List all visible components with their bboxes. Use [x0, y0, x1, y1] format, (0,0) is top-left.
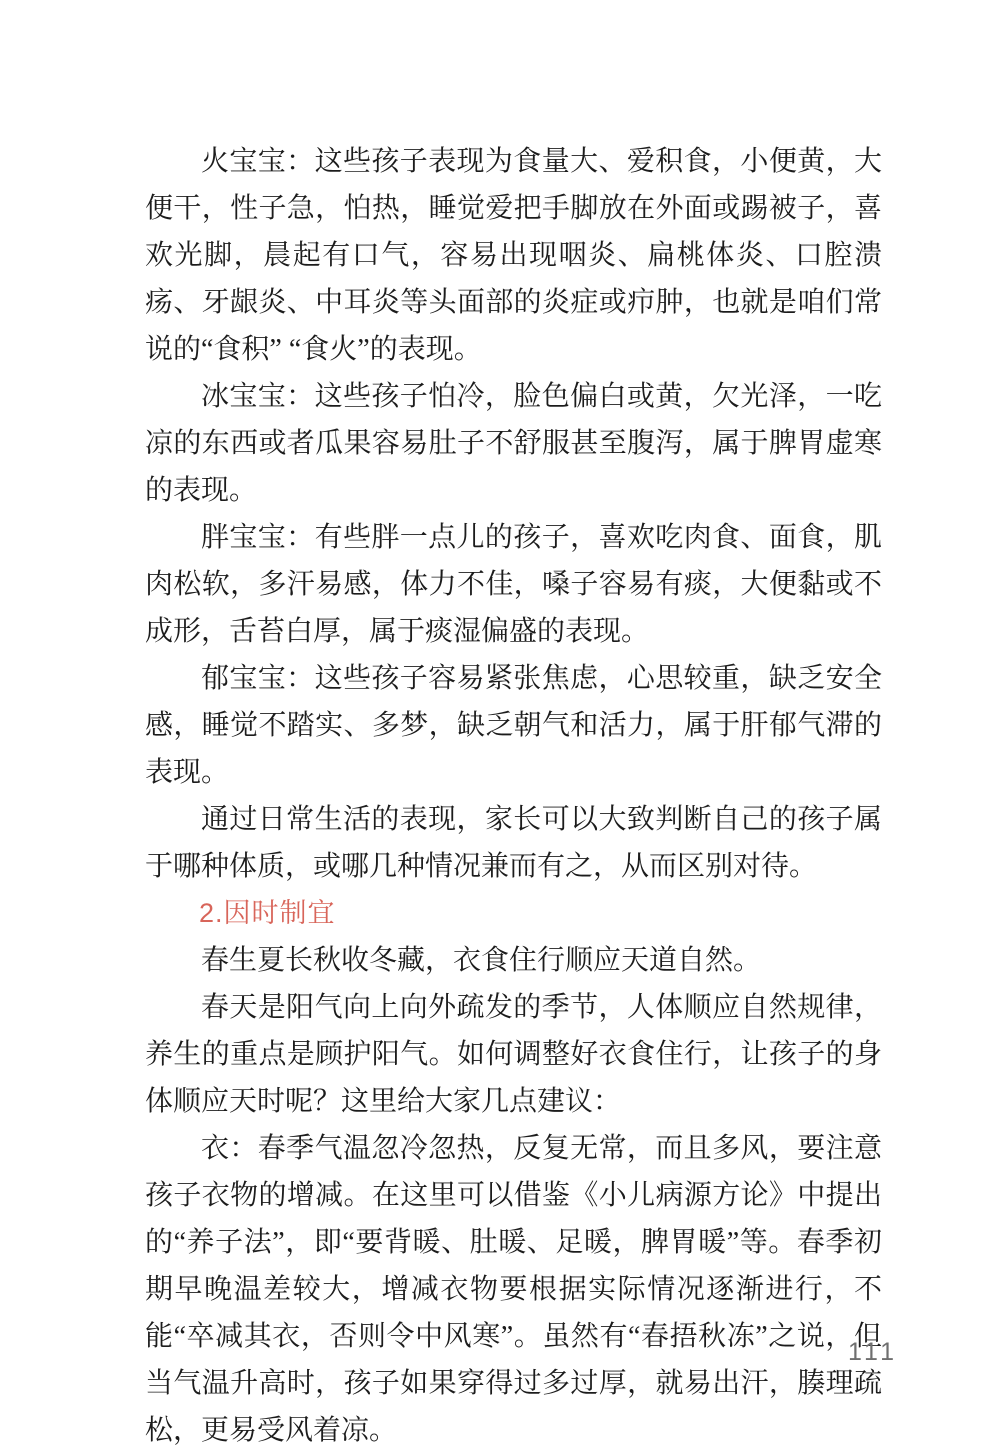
paragraph-ice-baby: 冰宝宝：这些孩子怕冷，脸色偏白或黄，欠光泽，一吃凉的东西或者瓜果容易肚子不舒服甚…: [145, 373, 882, 514]
page-number: 111: [838, 1338, 908, 1367]
paragraph-fire-baby: 火宝宝：这些孩子表现为食量大、爱积食，小便黄，大便干，性子急，怕热，睡觉爱把手脚…: [145, 138, 882, 373]
paragraph-clothing-advice: 衣：春季气温忽冷忽热，反复无常，而且多风，要注意孩子衣物的增减。在这里可以借鉴《…: [145, 1125, 882, 1450]
paragraph-summary: 通过日常生活的表现，家长可以大致判断自己的孩子属于哪种体质，或哪几种情况兼而有之…: [145, 796, 882, 890]
paragraph-seasons-intro: 春生夏长秋收冬藏，衣食住行顺应天道自然。: [145, 937, 882, 984]
body-text: 火宝宝：这些孩子表现为食量大、爱积食，小便黄，大便干，性子急，怕热，睡觉爱把手脚…: [145, 138, 882, 1450]
book-page: 火宝宝：这些孩子表现为食量大、爱积食，小便黄，大便干，性子急，怕热，睡觉爱把手脚…: [0, 0, 1000, 1450]
paragraph-spring-yang: 春天是阳气向上向外疏发的季节，人体顺应自然规律，养生的重点是顾护阳气。如何调整好…: [145, 984, 882, 1125]
paragraph-gloomy-baby: 郁宝宝：这些孩子容易紧张焦虑，心思较重，缺乏安全感，睡觉不踏实、多梦，缺乏朝气和…: [145, 655, 882, 796]
paragraph-chubby-baby: 胖宝宝：有些胖一点儿的孩子，喜欢吃肉食、面食，肌肉松软，多汗易感，体力不佳，嗓子…: [145, 514, 882, 655]
section-heading: 2.因时制宜: [145, 890, 882, 937]
